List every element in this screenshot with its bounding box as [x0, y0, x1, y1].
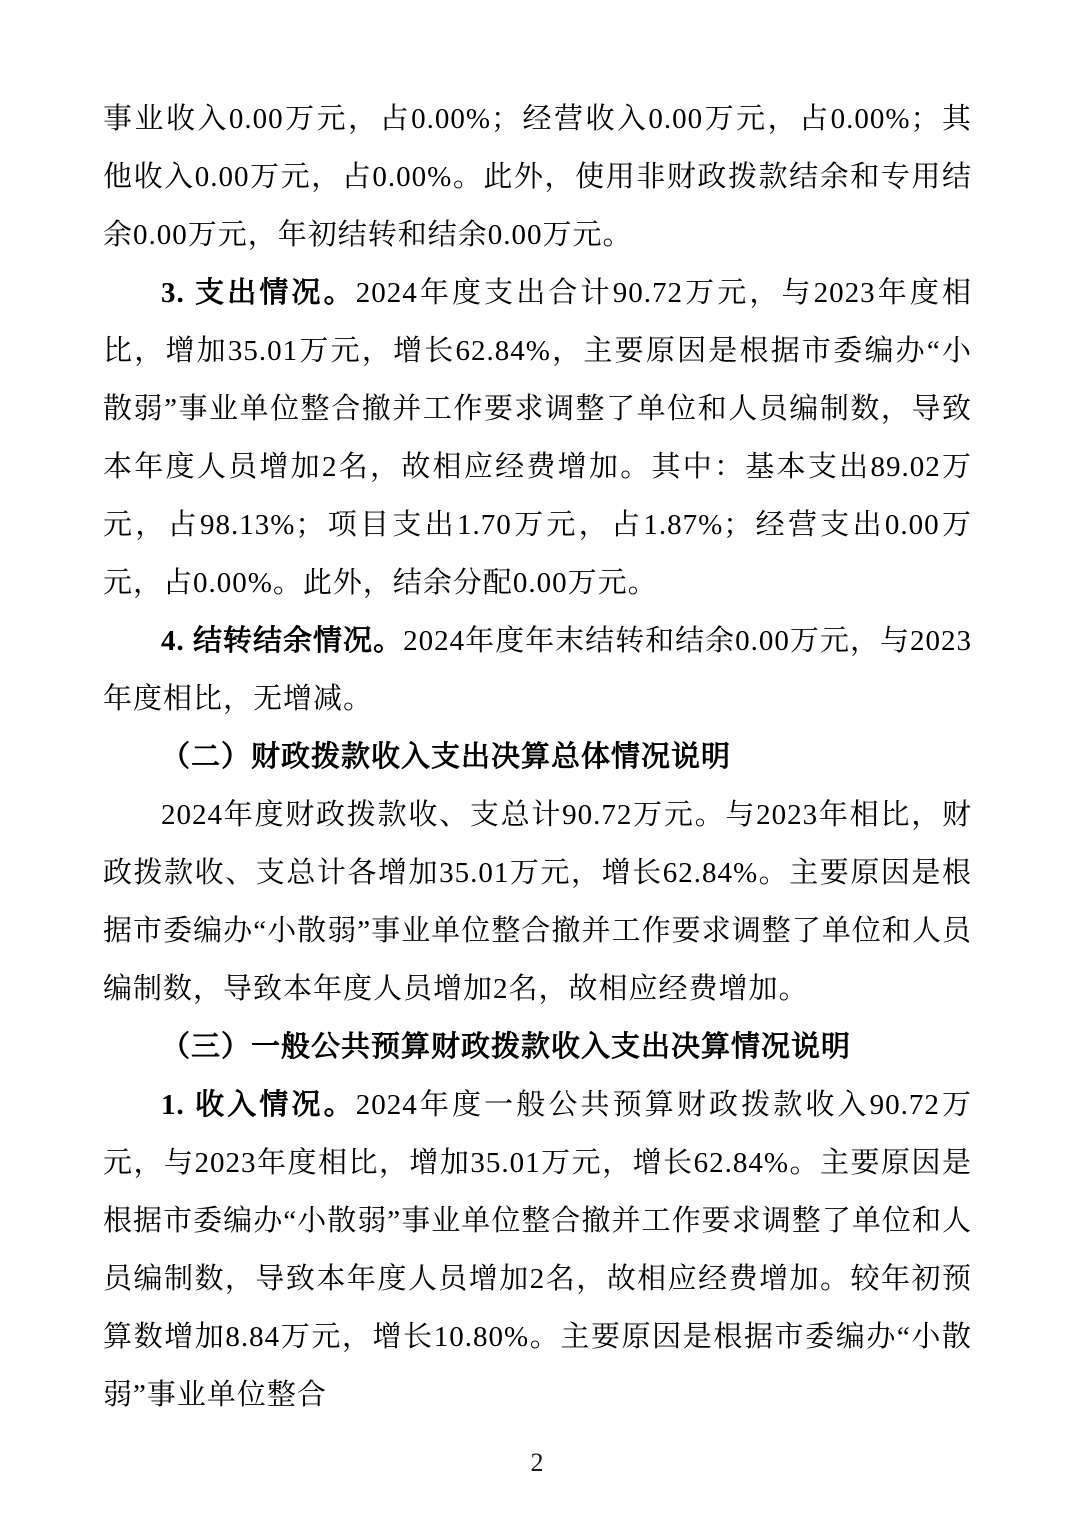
paragraph-income-continuation: 事业收入0.00万元，占0.00%；经营收入0.00万元，占0.00%；其他收入…: [103, 90, 972, 264]
heading-text: （二）财政拨款收入支出决算总体情况说明: [161, 741, 731, 773]
page-number: 2: [531, 1448, 544, 1477]
paragraph-fiscal-total: 2024年度财政拨款收、支总计90.72万元。与2023年相比，财政拨款收、支总…: [103, 786, 972, 1018]
paragraph-expenditure: 3. 支出情况。2024年度支出合计90.72万元，与2023年度相比，增加35…: [103, 264, 972, 612]
paragraph-carryover: 4. 结转结余情况。2024年度年末结转和结余0.00万元，与2023年度相比，…: [103, 612, 972, 728]
paragraph-revenue: 1. 收入情况。2024年度一般公共预算财政拨款收入90.72万元，与2023年…: [103, 1076, 972, 1424]
heading-text: （三）一般公共预算财政拨款收入支出决算情况说明: [161, 1031, 851, 1063]
document-page: 事业收入0.00万元，占0.00%；经营收入0.00万元，占0.00%；其他收入…: [0, 0, 1074, 1520]
paragraph-text: 事业收入0.00万元，占0.00%；经营收入0.00万元，占0.00%；其他收入…: [103, 103, 972, 251]
paragraph-lead: 4. 结转结余情况。: [161, 625, 403, 657]
paragraph-lead: 1. 收入情况。: [161, 1089, 356, 1121]
section-heading-fiscal-appropriation: （二）财政拨款收入支出决算总体情况说明: [103, 728, 972, 786]
paragraph-lead: 3. 支出情况。: [161, 277, 356, 309]
paragraph-text: 2024年度财政拨款收、支总计90.72万元。与2023年相比，财政拨款收、支总…: [103, 799, 972, 1005]
page-footer: 2: [0, 1448, 1074, 1478]
section-heading-general-public-budget: （三）一般公共预算财政拨款收入支出决算情况说明: [103, 1018, 972, 1076]
paragraph-text: 2024年度支出合计90.72万元，与2023年度相比，增加35.01万元，增长…: [103, 277, 972, 599]
document-body: 事业收入0.00万元，占0.00%；经营收入0.00万元，占0.00%；其他收入…: [103, 90, 972, 1424]
paragraph-text: 2024年度一般公共预算财政拨款收入90.72万元，与2023年度相比，增加35…: [103, 1089, 972, 1411]
